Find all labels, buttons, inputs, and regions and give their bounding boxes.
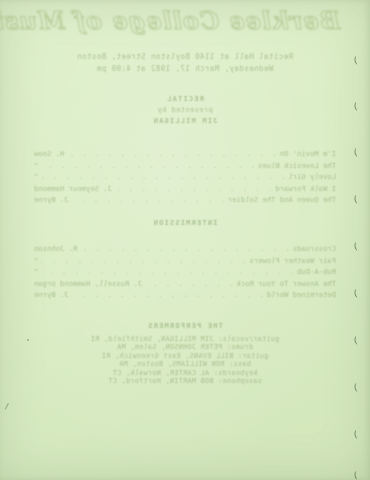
program-row: The Queen And The Soldier . . . . . . . … [34, 195, 336, 207]
scanned-program-page: Berklee College of Music Recital Hall at… [0, 0, 370, 480]
composer-name: J. Byrne [34, 290, 69, 299]
song-title: The Answer To Your Rock [236, 279, 336, 288]
program-row: Determined World . . . . . . . . . . . .… [34, 290, 336, 302]
binder-hole-mark: ( [353, 471, 362, 480]
song-title: The Queen And The Soldier [228, 195, 336, 204]
performer-line: drums: PETER JOHNSON, Salem, MA [0, 343, 370, 351]
binder-hole-mark: ( [353, 148, 362, 158]
program-row: I'm Movin' On . . . . . . . . . . . . . … [34, 149, 336, 161]
program-row: Rub-A-Dub . . . . . . . . . . . . . . . … [34, 267, 336, 279]
song-title: Determined World [267, 290, 336, 299]
binder-hole-mark: ( [353, 336, 362, 346]
composer-name: J. Seymour Hammond [34, 184, 112, 193]
dot-leader: . . . . . . . . . . . . . . . . . . . . … [145, 279, 233, 288]
paper-dot-speck [27, 339, 29, 341]
program-row: Crossroads . . . . . . . . . . . . . . .… [34, 244, 336, 256]
song-title: The Lovesick Blues [258, 161, 336, 170]
presenter-name: JIM MILLIGAN [0, 117, 370, 125]
intermission-heading: INTERMISSION [0, 219, 370, 227]
program-row: The Lovesick Blues . . . . . . . . . . .… [34, 161, 336, 173]
composer-name: " [34, 267, 38, 276]
song-title: Lovely Girl [288, 172, 336, 181]
song-title: Fair Weather Flowers [249, 256, 336, 265]
song-title: Crossroads [293, 244, 336, 253]
binder-hole-mark: ( [353, 56, 362, 66]
dot-leader: . . . . . . . . . . . . . . . . . . . . … [41, 172, 285, 181]
dot-leader: . . . . . . . . . . . . . . . . . . . . … [72, 195, 225, 204]
song-title: Rub-A-Dub [297, 267, 336, 276]
recital-heading: RECITAL [0, 95, 370, 103]
composer-name: H. Snow [34, 149, 64, 158]
composer-name: R. Johnson [34, 244, 77, 253]
composer-name: " [34, 161, 38, 170]
performer-line: guitar/vocals: JIM MILLIGAN, Smithfield,… [0, 335, 370, 343]
performers-list: guitar/vocals: JIM MILLIGAN, Smithfield,… [0, 335, 370, 385]
dot-leader: . . . . . . . . . . . . . . . . . . . . … [41, 256, 246, 265]
program-row: Fair Weather Flowers . . . . . . . . . .… [34, 256, 336, 268]
performer-line: guitar: BILL EVANS, East Greenwich, RI [0, 352, 370, 360]
song-title: I'm Movin' On [280, 149, 336, 158]
binder-hole-mark: ( [353, 383, 362, 393]
dot-leader: . . . . . . . . . . . . . . . . . . . . … [41, 161, 255, 170]
binder-hole-mark: ( [353, 430, 362, 440]
date-line: Wednesday, March 17, 1982 at 4:00 pm [0, 64, 370, 73]
presented-by-label: presented by [0, 106, 370, 114]
bleed-through-layer: Berklee College of Music Recital Hall at… [0, 0, 370, 480]
dot-leader: . . . . . . . . . . . . . . . . . . . . … [67, 149, 276, 158]
college-logo-ghost: Berklee College of Music [40, 6, 340, 35]
composer-name: " [34, 172, 38, 181]
composer-name: " [34, 256, 38, 265]
binder-hole-mark: ( [353, 289, 362, 299]
composer-name: J. Russell, Hammond organ [34, 279, 142, 288]
program-row: I Walk Forward . . . . . . . . . . . . .… [34, 184, 336, 196]
binder-hole-mark: ( [353, 242, 362, 252]
dot-leader: . . . . . . . . . . . . . . . . . . . . … [41, 267, 294, 276]
program-first-half: I'm Movin' On . . . . . . . . . . . . . … [34, 149, 336, 207]
performer-line: saxophone: BOB MARTIN, Hartford, CT [0, 377, 370, 385]
performer-line: keyboards: AL CARTER, Norwalk, CT [0, 369, 370, 377]
dot-leader: . . . . . . . . . . . . . . . . . . . . … [80, 244, 289, 253]
dot-leader: . . . . . . . . . . . . . . . . . . . . … [72, 290, 264, 299]
composer-name: J. Byrne [34, 195, 69, 204]
performer-line: bass: RON WILLIAMS, Boston, MA [0, 360, 370, 368]
dot-leader: . . . . . . . . . . . . . . . . . . . . … [115, 184, 273, 193]
venue-line: Recital Hall at 1140 Boylston Street, Bo… [0, 52, 370, 61]
program-row: The Answer To Your Rock . . . . . . . . … [34, 279, 336, 291]
song-title: I Walk Forward [275, 184, 336, 193]
program-row: Lovely Girl . . . . . . . . . . . . . . … [34, 172, 336, 184]
binder-hole-mark: ( [353, 195, 362, 205]
binder-hole-mark: ( [353, 102, 362, 112]
performers-heading: THE PERFORMERS [0, 322, 370, 330]
program-second-half: Crossroads . . . . . . . . . . . . . . .… [34, 244, 336, 302]
